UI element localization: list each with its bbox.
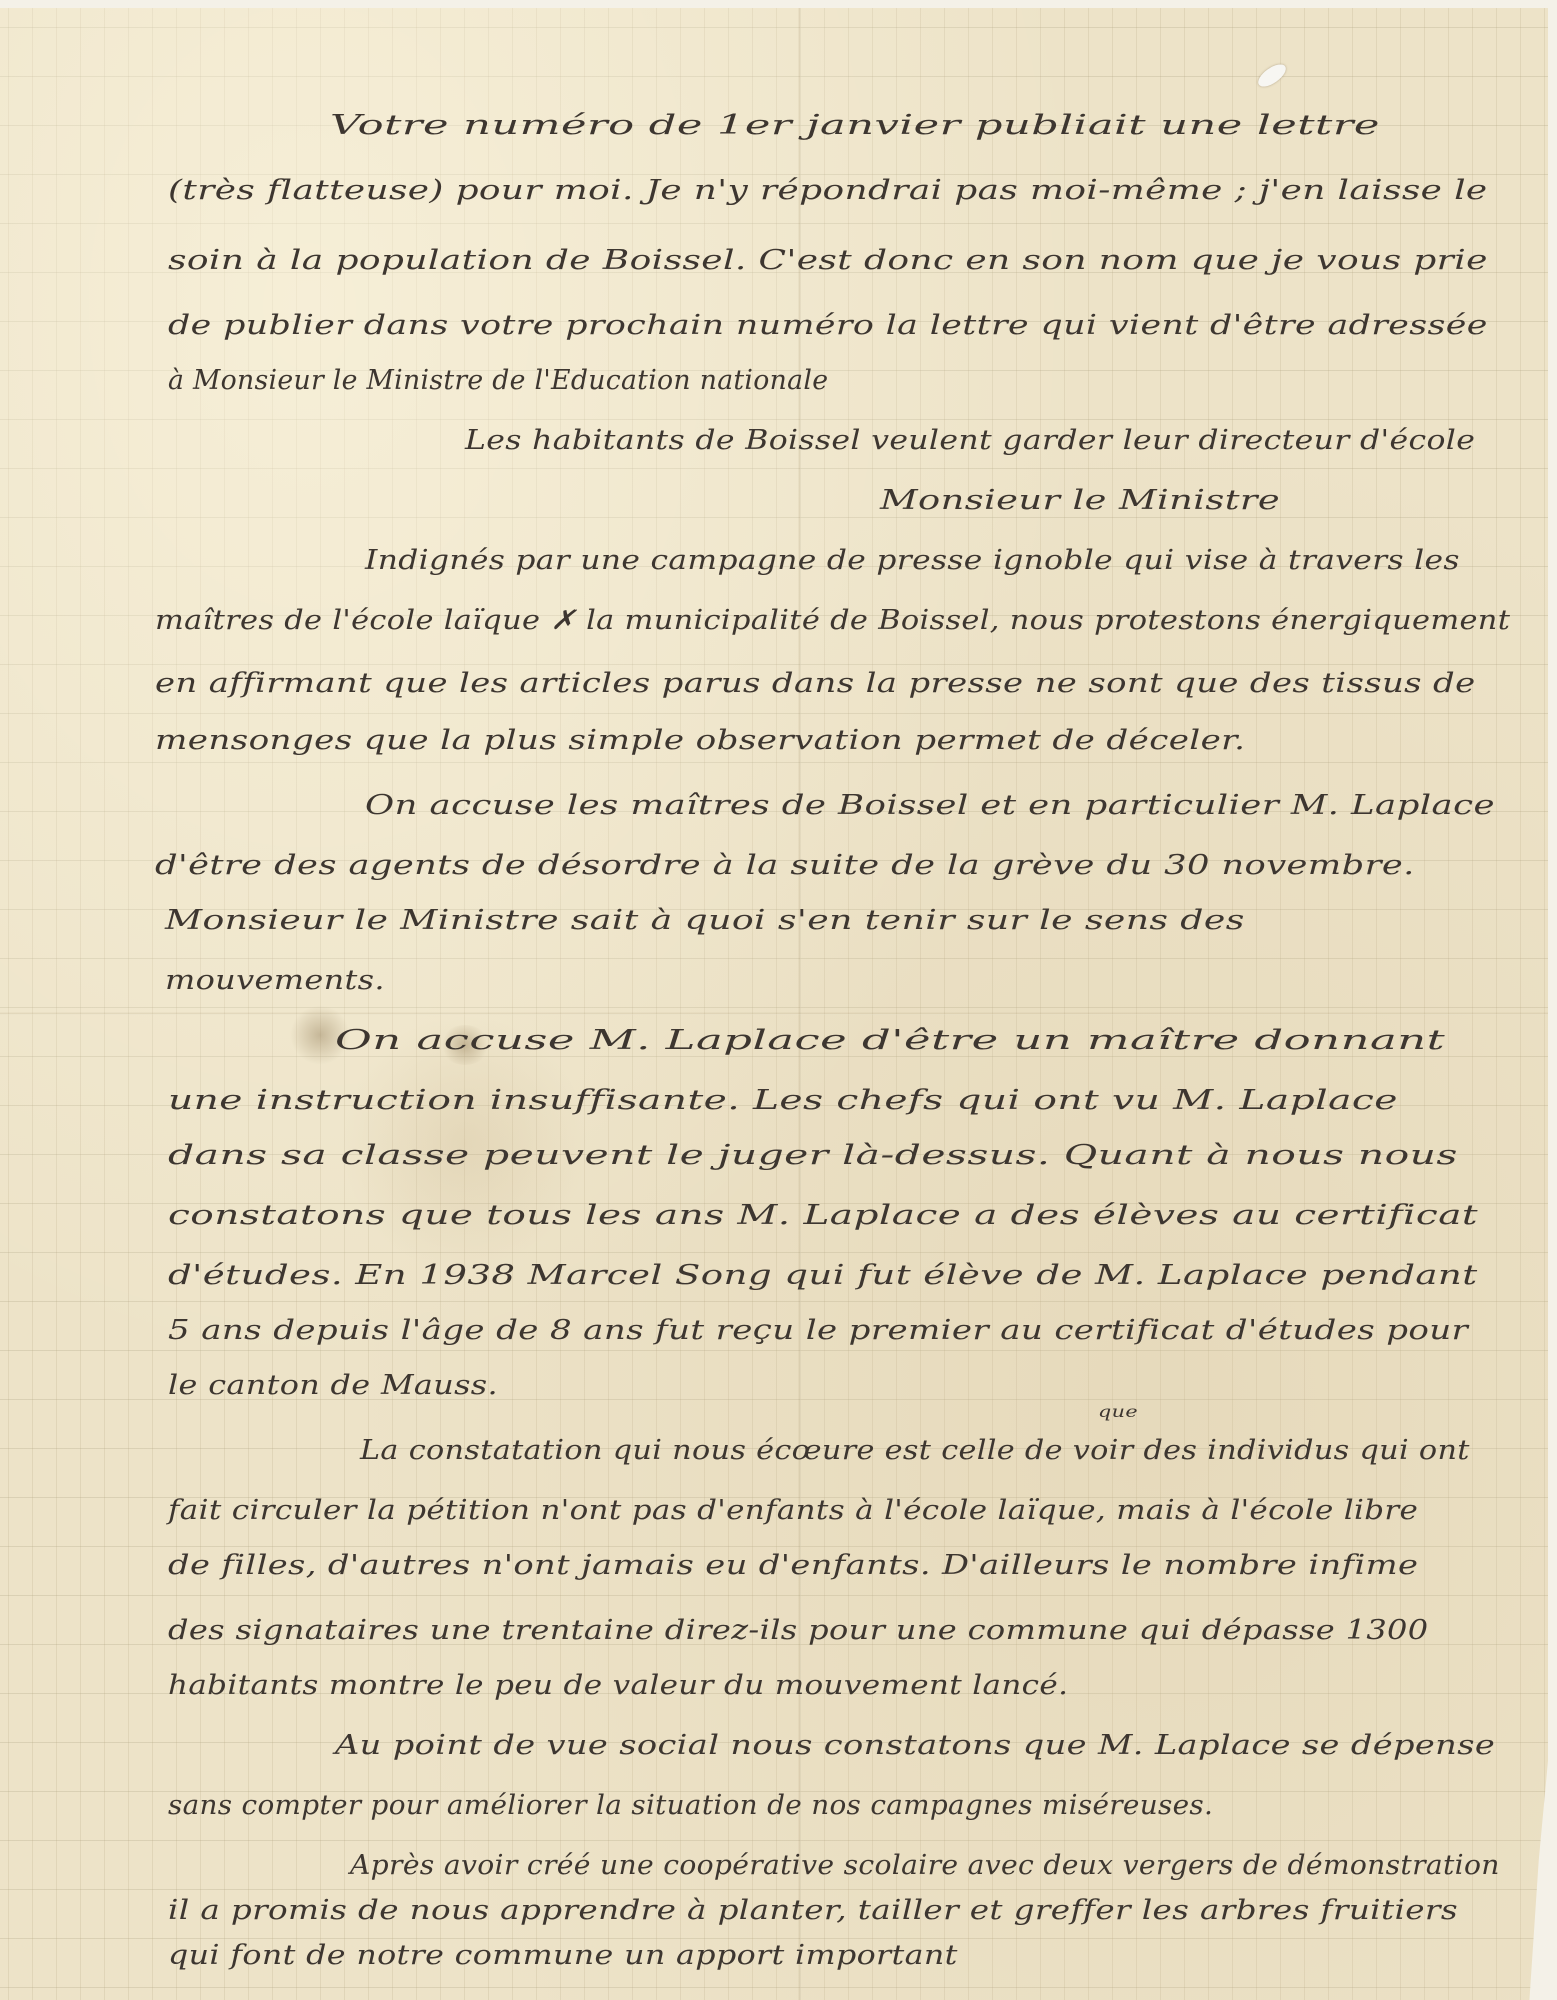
handwritten-line: constatons que tous les ans M. Laplace a… xyxy=(168,1200,1478,1231)
handwritten-line: sans compter pour améliorer la situation… xyxy=(168,1790,1213,1821)
handwritten-line: 5 ans depuis l'âge de 8 ans fut reçu le … xyxy=(168,1315,1468,1346)
horizontal-fold-crease xyxy=(0,1012,1548,1015)
handwritten-line: qui font de notre commune un apport impo… xyxy=(168,1940,958,1971)
handwritten-line: d'études. En 1938 Marcel Song qui fut él… xyxy=(168,1260,1478,1291)
handwritten-line: Monsieur le Ministre xyxy=(880,485,1280,516)
handwritten-line: en affirmant que les articles parus dans… xyxy=(155,668,1476,699)
handwritten-line: Les habitants de Boissel veulent garder … xyxy=(465,425,1475,456)
handwritten-line: le canton de Mauss. xyxy=(168,1370,498,1401)
handwritten-line: (très flatteuse) pour moi. Je n'y répond… xyxy=(168,175,1488,206)
handwritten-line: une instruction insuffisante. Les chefs … xyxy=(168,1085,1398,1116)
handwritten-line: des signataires une trentaine direz-ils … xyxy=(168,1615,1429,1646)
handwritten-line: Au point de vue social nous constatons q… xyxy=(335,1730,1495,1761)
handwritten-line: mouvements. xyxy=(165,965,385,996)
handwritten-line: d'être des agents de désordre à la suite… xyxy=(155,850,1415,881)
vertical-fold-crease xyxy=(798,8,801,2000)
handwritten-line: fait circuler la pétition n'ont pas d'en… xyxy=(168,1495,1418,1526)
handwritten-line: On accuse les maîtres de Boissel et en p… xyxy=(365,790,1495,821)
handwritten-line: Après avoir créé une coopérative scolair… xyxy=(350,1850,1500,1881)
handwritten-line: Monsieur le Ministre sait à quoi s'en te… xyxy=(165,905,1245,936)
letter-page xyxy=(0,8,1548,2000)
handwritten-line: Votre numéro de 1er janvier publiait une… xyxy=(330,110,1380,141)
handwritten-line: que xyxy=(1098,1402,1138,1421)
handwritten-line: On accuse M. Laplace d'être un maître do… xyxy=(335,1025,1445,1056)
handwritten-line: habitants montre le peu de valeur du mou… xyxy=(168,1670,1068,1701)
handwritten-line: Indignés par une campagne de presse igno… xyxy=(365,545,1460,576)
handwritten-line: soin à la population de Boissel. C'est d… xyxy=(168,245,1488,276)
handwritten-line: de filles, d'autres n'ont jamais eu d'en… xyxy=(168,1550,1418,1581)
handwritten-line: mensonges que la plus simple observation… xyxy=(155,725,1245,756)
handwritten-line: il a promis de nous apprendre à planter,… xyxy=(168,1895,1458,1926)
handwritten-line: La constatation qui nous écœure est cell… xyxy=(360,1435,1470,1466)
handwritten-line: de publier dans votre prochain numéro la… xyxy=(168,310,1488,341)
handwritten-line: dans sa classe peuvent le juger là-dessu… xyxy=(168,1140,1458,1171)
handwritten-line: à Monsieur le Ministre de l'Education na… xyxy=(168,365,828,396)
handwritten-line: maîtres de l'école laïque ✗ la municipal… xyxy=(155,605,1510,636)
